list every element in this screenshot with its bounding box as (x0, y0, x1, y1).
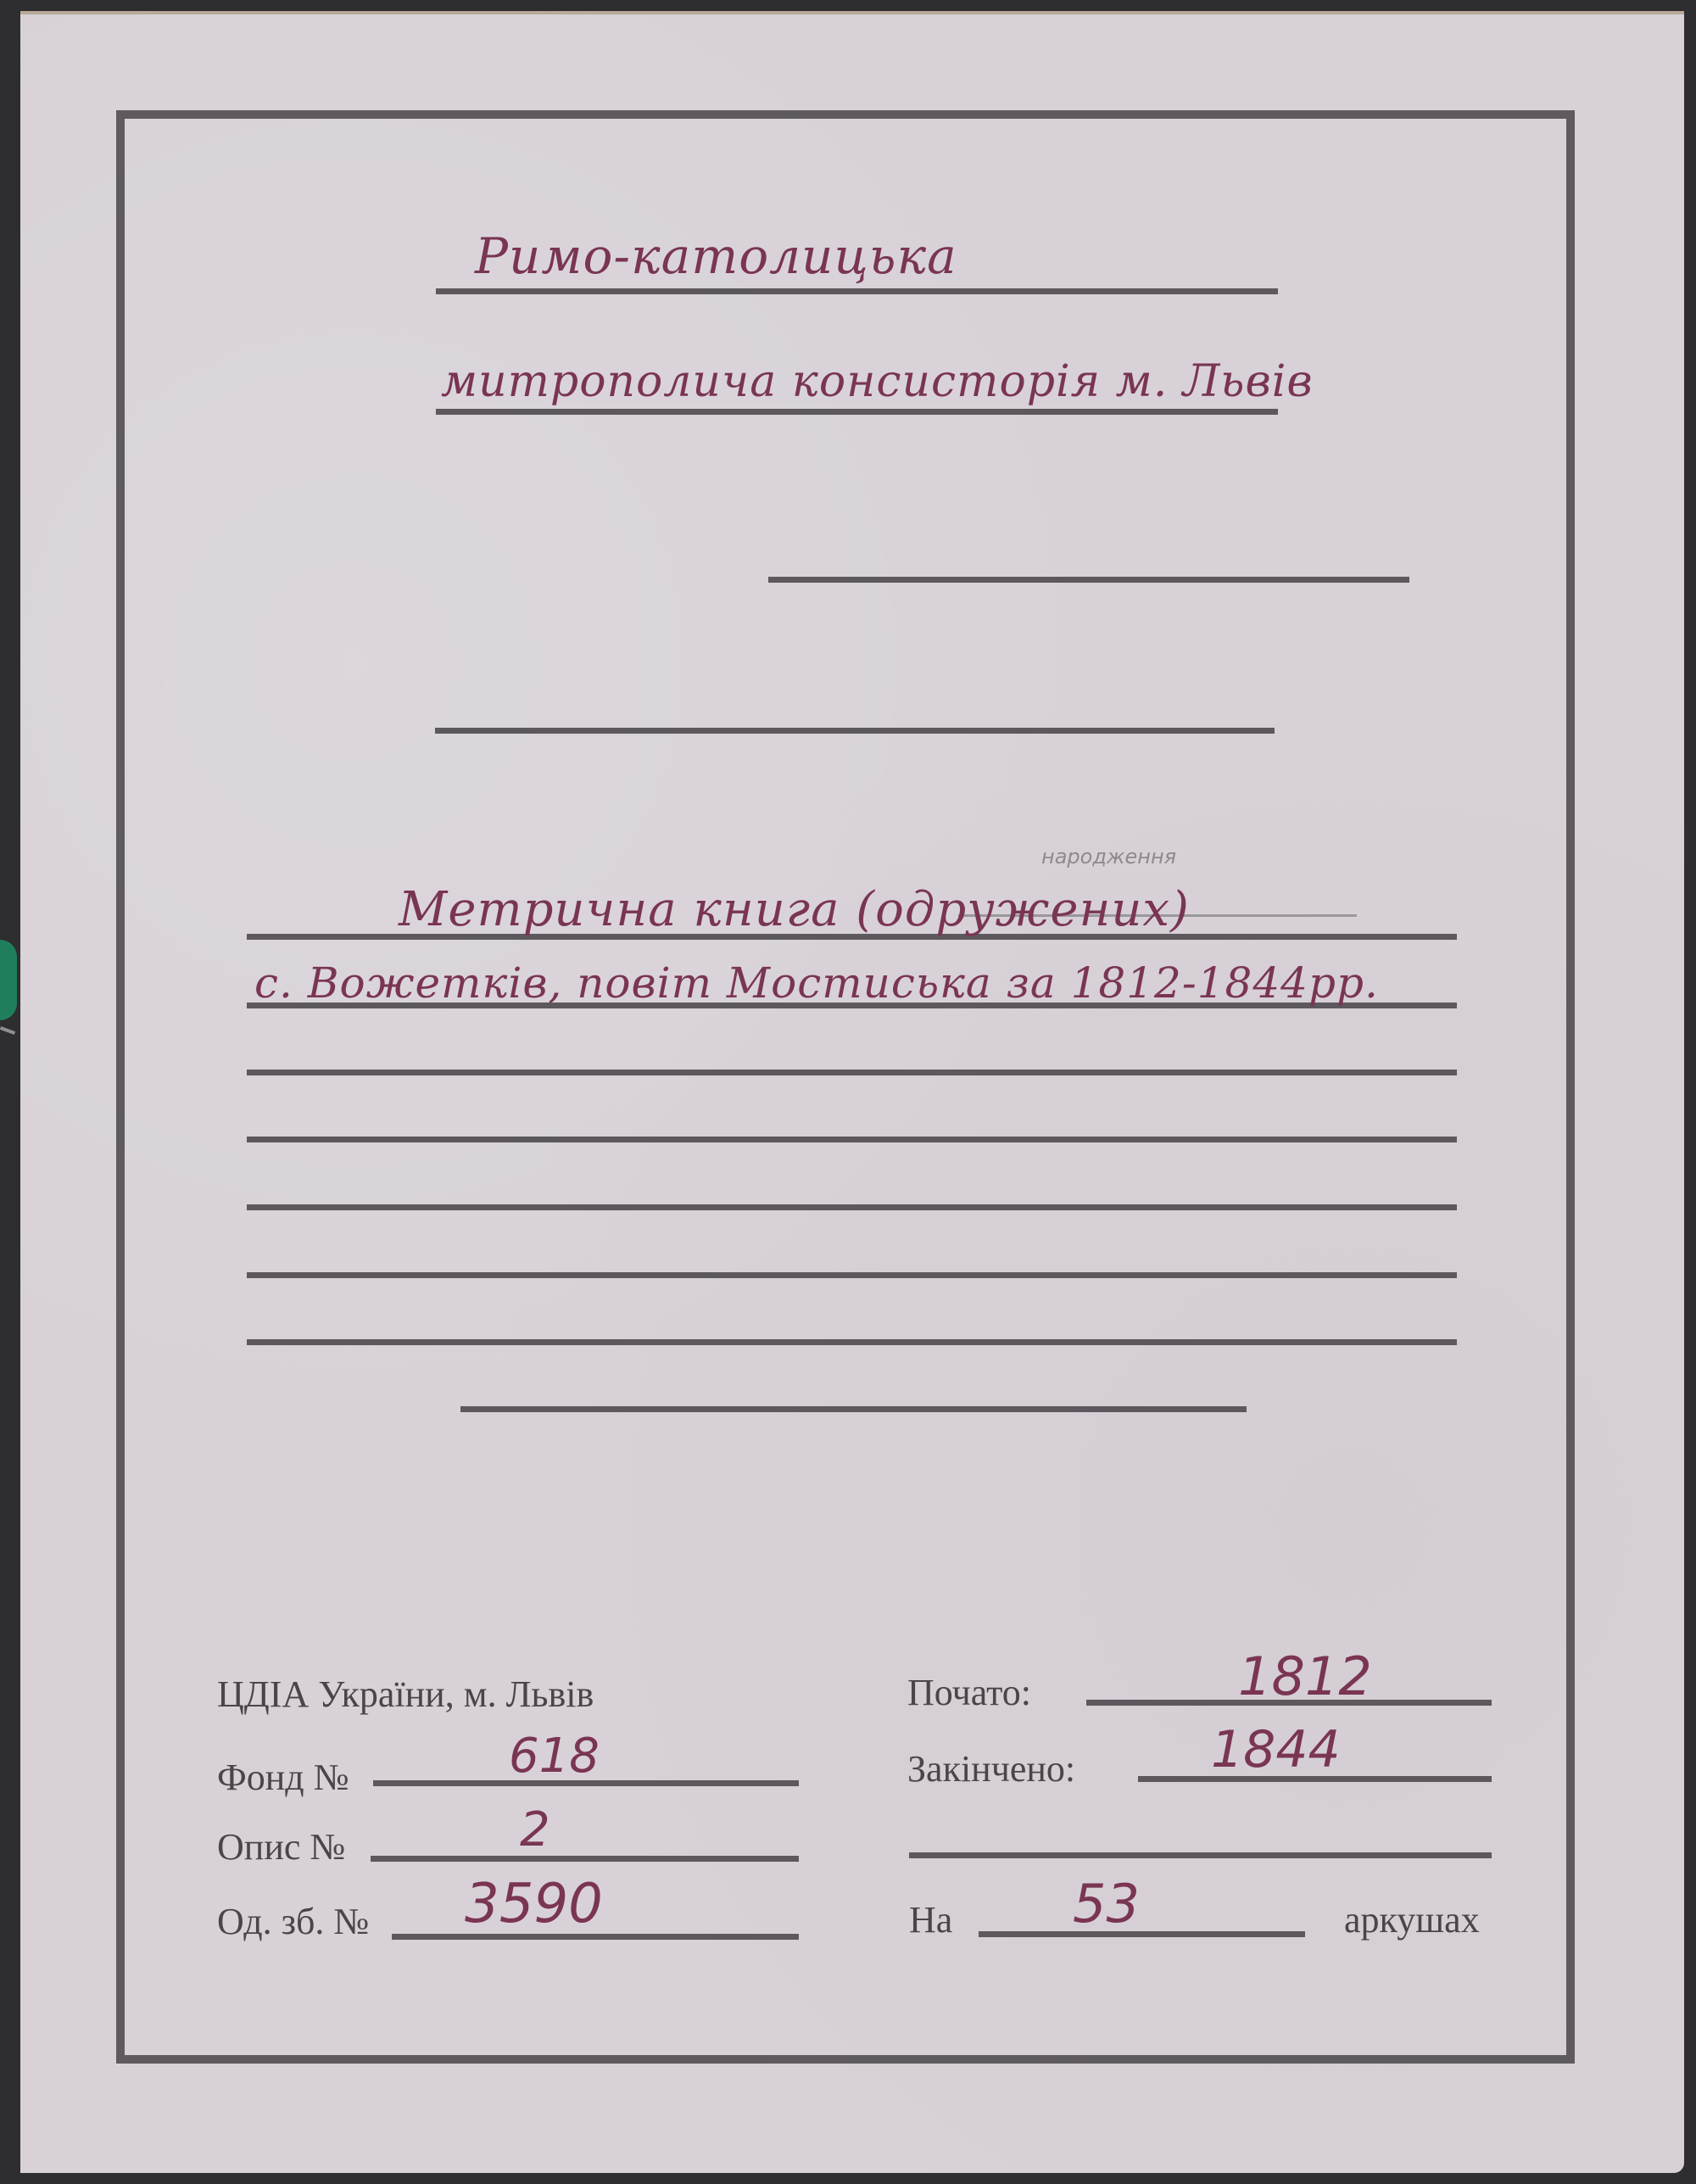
rule-desc-3 (247, 1070, 1457, 1075)
started-value: 1812 (1238, 1645, 1372, 1707)
background-stripe (0, 1026, 15, 1035)
finished-label: Закінчено: (907, 1747, 1075, 1790)
rule-header-3 (768, 577, 1409, 583)
record-title: Метрична книга (одружених) (399, 882, 1190, 937)
archive-name: ЦДІА України, м. Львів (217, 1673, 594, 1716)
opys-value: 2 (520, 1802, 550, 1857)
blank-underline (909, 1852, 1492, 1858)
opys-underline (371, 1856, 799, 1862)
rule-header-2 (436, 409, 1278, 415)
rule-desc-4 (247, 1137, 1457, 1142)
rule-header-4 (435, 728, 1275, 734)
od-zb-value: 3590 (465, 1873, 603, 1935)
rule-desc-5 (247, 1204, 1457, 1210)
sheets-value: 53 (1073, 1873, 1140, 1935)
sheets-underline (979, 1931, 1305, 1937)
background-green-object (0, 940, 17, 1020)
fond-value: 618 (509, 1729, 600, 1784)
rule-desc-8 (460, 1406, 1247, 1412)
opys-label: Опис № (217, 1825, 345, 1868)
record-location-years: с. Вожетків, повіт Мостиська за 1812-184… (254, 958, 1379, 1008)
rule-header-1 (436, 288, 1278, 294)
started-label: Почато: (907, 1671, 1031, 1714)
fund-owner-line-1: Римо-католицька (475, 227, 957, 285)
sheets-prefix-label: На (909, 1898, 952, 1941)
od-zb-label: Од. зб. № (217, 1900, 369, 1943)
finished-value: 1844 (1211, 1720, 1341, 1779)
fund-owner-line-2: митрополича консисторія м. Львів (441, 356, 1314, 407)
fond-label: Фонд № (217, 1756, 349, 1799)
pencil-correction: народження (1041, 845, 1176, 869)
rule-desc-6 (247, 1272, 1457, 1278)
rule-desc-7 (247, 1339, 1457, 1345)
sheets-suffix-label: аркушах (1344, 1898, 1480, 1941)
